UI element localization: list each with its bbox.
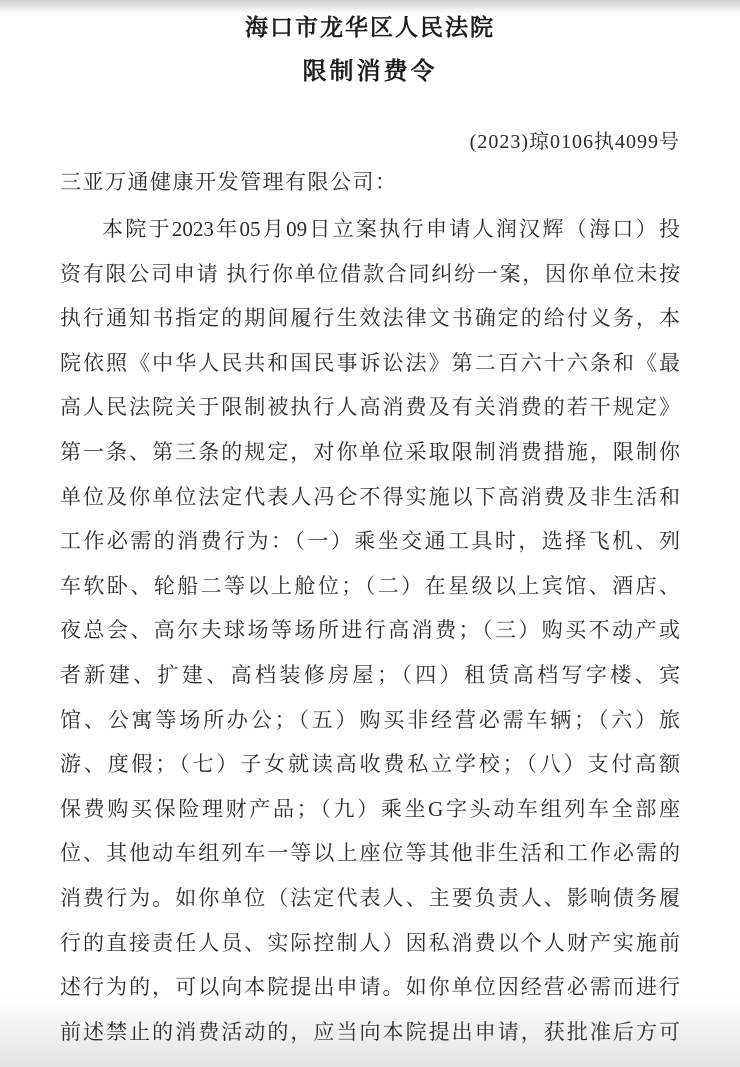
body-line: 工作必需的消费行为：（一）乘坐交通工具时，选择飞机、列 [60, 519, 680, 564]
body-line: 夜总会、高尔夫球场等场所进行高消费；（三）购买不动产或 [60, 608, 680, 653]
body-line: 本院于2023年05月09日立案执行申请人润汉辉（海口）投 [60, 207, 680, 252]
document-body: 本院于2023年05月09日立案执行申请人润汉辉（海口）投 资有限公司申请 执行… [60, 207, 680, 1054]
body-line: 游、度假；（七）子女就读高收费私立学校；（八）支付高额 [60, 742, 680, 787]
case-number: (2023)琼0106执4099号 [60, 128, 680, 156]
document-title: 限制消费令 [60, 56, 680, 88]
court-name: 海口市龙华区人民法院 [60, 0, 680, 44]
body-line: 者新建、扩建、高档装修房屋；（四）租赁高档写字楼、宾 [60, 653, 680, 698]
document-content: 海口市龙华区人民法院 限制消费令 (2023)琼0106执4099号 三亚万通健… [60, 0, 680, 1054]
body-line: 车软卧、轮船二等以上舱位；（二）在星级以上宾馆、酒店、 [60, 564, 680, 609]
body-line: 院依照《中华人民共和国民事诉讼法》第二百六十六条和《最 [60, 341, 680, 386]
body-line: 资有限公司申请 执行你单位借款合同纠纷一案，因你单位未按 [60, 252, 680, 297]
body-line: 单位及你单位法定代表人冯仑不得实施以下高消费及非生活和 [60, 475, 680, 520]
body-line: 述行为的，可以向本院提出申请。如你单位因经营必需而进行 [60, 965, 680, 1010]
body-line: 第一条、第三条的规定，对你单位采取限制消费措施，限制你 [60, 430, 680, 475]
body-line: 消费行为。如你单位（法定代表人、主要负责人、影响债务履 [60, 876, 680, 921]
body-line: 高人民法院关于限制被执行人高消费及有关消费的若干规定》 [60, 385, 680, 430]
document-page: 海口市龙华区人民法院 限制消费令 (2023)琼0106执4099号 三亚万通健… [0, 0, 740, 1067]
body-line: 行的直接责任人员、实际控制人）因私消费以个人财产实施前 [60, 921, 680, 966]
body-line: 执行通知书指定的期间履行生效法律文书确定的给付义务，本 [60, 296, 680, 341]
body-line: 前述禁止的消费活动的，应当向本院提出申请，获批准后方可 [60, 1010, 680, 1055]
body-line: 位、其他动车组列车一等以上座位等其他非生活和工作必需的 [60, 831, 680, 876]
body-line: 保费购买保险理财产品；（九）乘坐G字头动车组列车全部座 [60, 787, 680, 832]
body-line: 馆、公寓等场所办公；（五）购买非经营必需车辆；（六）旅 [60, 698, 680, 743]
addressee-line: 三亚万通健康开发管理有限公司： [60, 168, 680, 196]
